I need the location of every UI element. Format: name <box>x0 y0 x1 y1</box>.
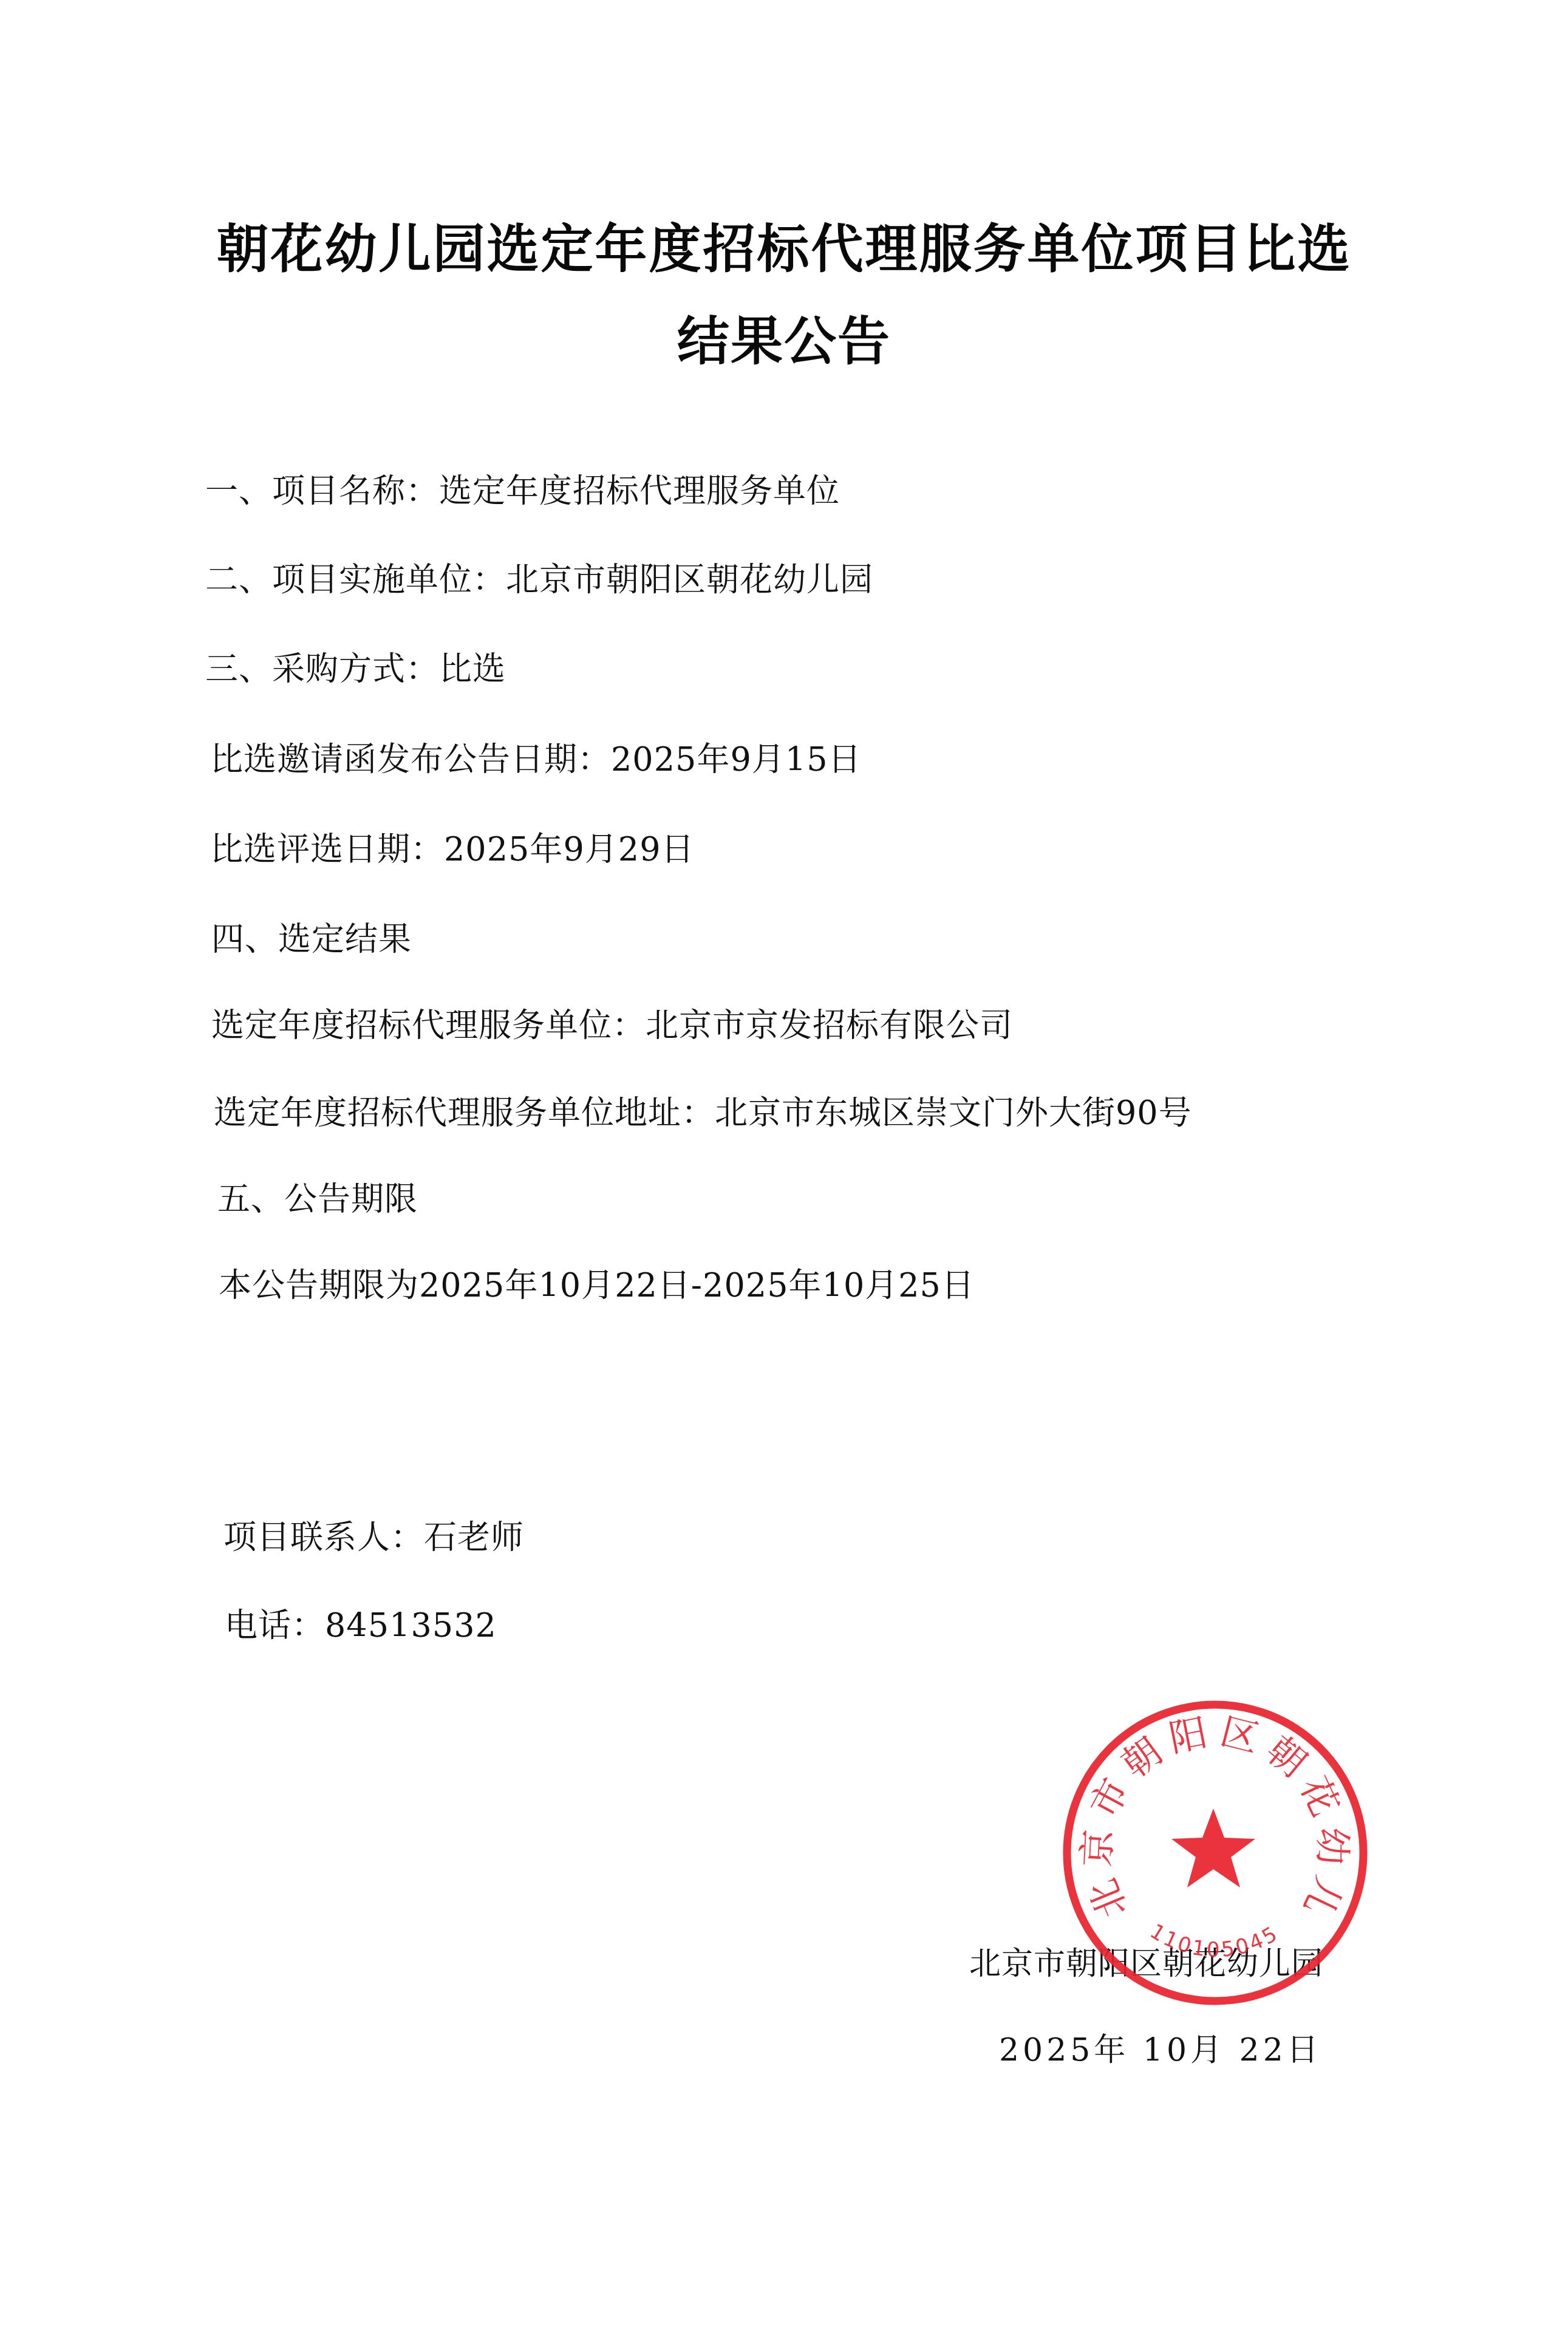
selected-unit: 选定年度招标代理服务单位：北京市京发招标有限公司 <box>211 1009 1013 1042</box>
document-title-line1: 朝花幼儿园选定年度招标代理服务单位项目比选 <box>0 223 1568 276</box>
signature-organization: 北京市朝阳区朝花幼儿园 <box>969 1948 1323 1980</box>
section-procurement-method: 三、采购方式：比选 <box>205 653 506 686</box>
announcement-period: 本公告期限为2025年10月22日-2025年10月25日 <box>219 1269 975 1302</box>
seal-number: 1101050454729 <box>1049 1676 1283 1962</box>
contact-phone: 电话：84513532 <box>225 1609 497 1642</box>
document-page: 朝花幼儿园选定年度招标代理服务单位项目比选 结果公告 一、项目名称：选定年度招标… <box>0 0 1568 2332</box>
contact-person: 项目联系人：石老师 <box>223 1521 524 1554</box>
signature-date: 2025年 10月 22日 <box>999 2034 1322 2066</box>
star-icon <box>1171 1809 1255 1887</box>
invitation-date: 比选邀请函发布公告日期：2025年9月15日 <box>210 743 862 776</box>
document-title-line2: 结果公告 <box>0 316 1568 368</box>
selected-unit-address: 选定年度招标代理服务单位地址：北京市东城区崇文门外大街90号 <box>214 1097 1192 1130</box>
evaluation-date: 比选评选日期：2025年9月29日 <box>210 833 695 866</box>
section-period-heading: 五、公告期限 <box>217 1183 418 1216</box>
section-implementing-unit: 二、项目实施单位：北京市朝阳区朝花幼儿园 <box>205 564 873 596</box>
seal-arc-text: 北京市朝阳区朝花幼儿园 <box>1034 1659 1355 1931</box>
section-result-heading: 四、选定结果 <box>211 923 412 956</box>
section-project-name: 一、项目名称：选定年度招标代理服务单位 <box>205 475 840 508</box>
